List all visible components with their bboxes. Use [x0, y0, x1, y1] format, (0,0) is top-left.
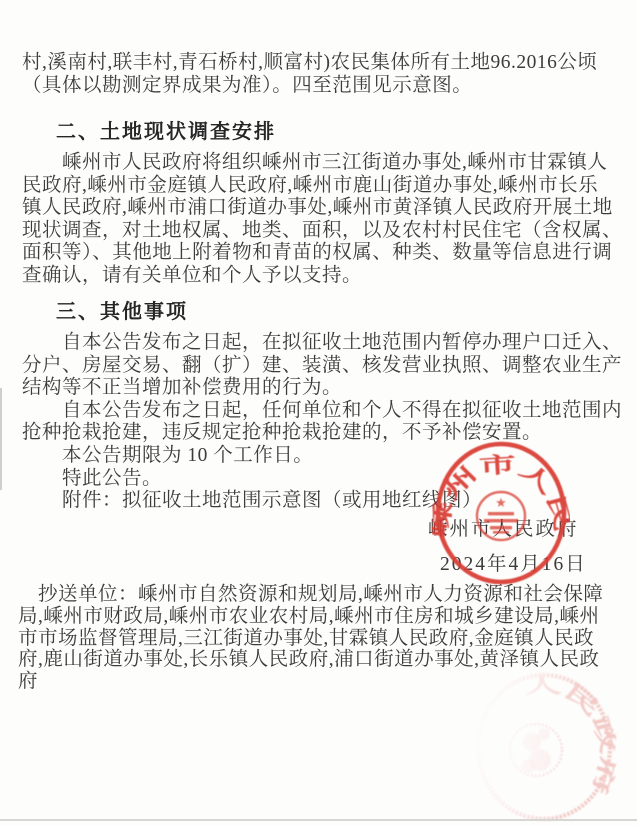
faint-emblem-blob — [510, 724, 562, 776]
text-line: 府,鹿山街道办事处,长乐镇人民政府,浦口街道办事处,黄泽镇人民政 — [18, 649, 583, 671]
scanned-notice-page: { "doc": { "intro": { "lines": [ "村,溪南村,… — [0, 0, 637, 826]
faint-seal-ring — [478, 675, 610, 819]
signature-date: 2024年4月16日 — [440, 548, 587, 576]
text-line: 自本公告发布之日起，在拟征收土地范围内暂停办理户口迁入、 — [22, 332, 582, 355]
text-line: 面积等）、其他地上附着物和青苗的权属、种类、数量等信息进行调 — [22, 242, 582, 265]
text-line: 局,嵊州市财政局,嵊州市农业农村局,嵊州市住房和城乡建设局,嵊州 — [18, 606, 583, 628]
text-line: 特此公告。 — [22, 468, 582, 491]
text-line: 本公告期限为 10 个工作日。 — [22, 445, 582, 468]
text-line: 附件：拟征收土地范围示意图（或用地红线图） — [22, 490, 582, 513]
signature-issuer: 嵊州市人民政府 — [428, 513, 579, 541]
section-3-heading: 三、其他事项 — [56, 295, 188, 324]
scan-edge-line — [0, 819, 637, 821]
section-2-heading: 二、土地现状调查安排 — [56, 115, 276, 144]
text-line: 府 — [18, 671, 583, 693]
text-line: 民政府,嵊州市金庭镇人民政府,嵊州市鹿山街道办事处,嵊州市长乐 — [22, 175, 582, 198]
section-3-paragraph: 自本公告发布之日起，在拟征收土地范围内暂停办理户口迁入、分户、房屋交易、翻（扩）… — [22, 332, 582, 513]
text-line: 结构等不正当增加补偿费用的行为。 — [22, 377, 582, 400]
text-line: 市市场监督管理局,三江街道办事处,甘霖镇人民政府,金庭镇人民政 — [18, 628, 583, 650]
text-line: 查确认，请有关单位和个人予以支持。 — [22, 265, 582, 288]
text-line: （具体以勘测定界成果为准）。四至范围见示意图。 — [22, 75, 582, 98]
text-line: 自本公告发布之日起，任何单位和个人不得在拟征收土地范围内 — [22, 400, 582, 423]
text-line: 现状调查，对土地权属、地类、面积，以及农村村民住宅（含权属、 — [22, 220, 582, 243]
cc-paragraph: 抄送单位：嵊州市自然资源和规划局,嵊州市人力资源和社会保障局,嵊州市财政局,嵊州… — [18, 584, 583, 693]
text-line: 镇人民政府,嵊州市浦口街道办事处,嵊州市黄泽镇人民政府开展土地 — [22, 197, 582, 220]
text-line: 分户、房屋交易、翻（扩）建、装潢、核发营业执照、调整农业生产 — [22, 355, 582, 378]
text-line: 抄送单位：嵊州市自然资源和规划局,嵊州市人力资源和社会保障 — [18, 584, 583, 606]
scan-left-artifact — [0, 388, 2, 490]
text-line: 嵊州市人民政府将组织嵊州市三江街道办事处,嵊州市甘霖镇人 — [22, 152, 582, 175]
intro-paragraph: 村,溪南村,联丰村,青石桥村,顺富村)农民集体所有土地96.2016公顷（具体以… — [22, 52, 582, 97]
text-line: 村,溪南村,联丰村,青石桥村,顺富村)农民集体所有土地96.2016公顷 — [22, 52, 582, 75]
section-2-paragraph: 嵊州市人民政府将组织嵊州市三江街道办事处,嵊州市甘霖镇人民政府,嵊州市金庭镇人民… — [22, 152, 582, 288]
text-line: 抢种抢栽抢建，违反规定抢种抢栽抢建的，不予补偿安置。 — [22, 422, 582, 445]
